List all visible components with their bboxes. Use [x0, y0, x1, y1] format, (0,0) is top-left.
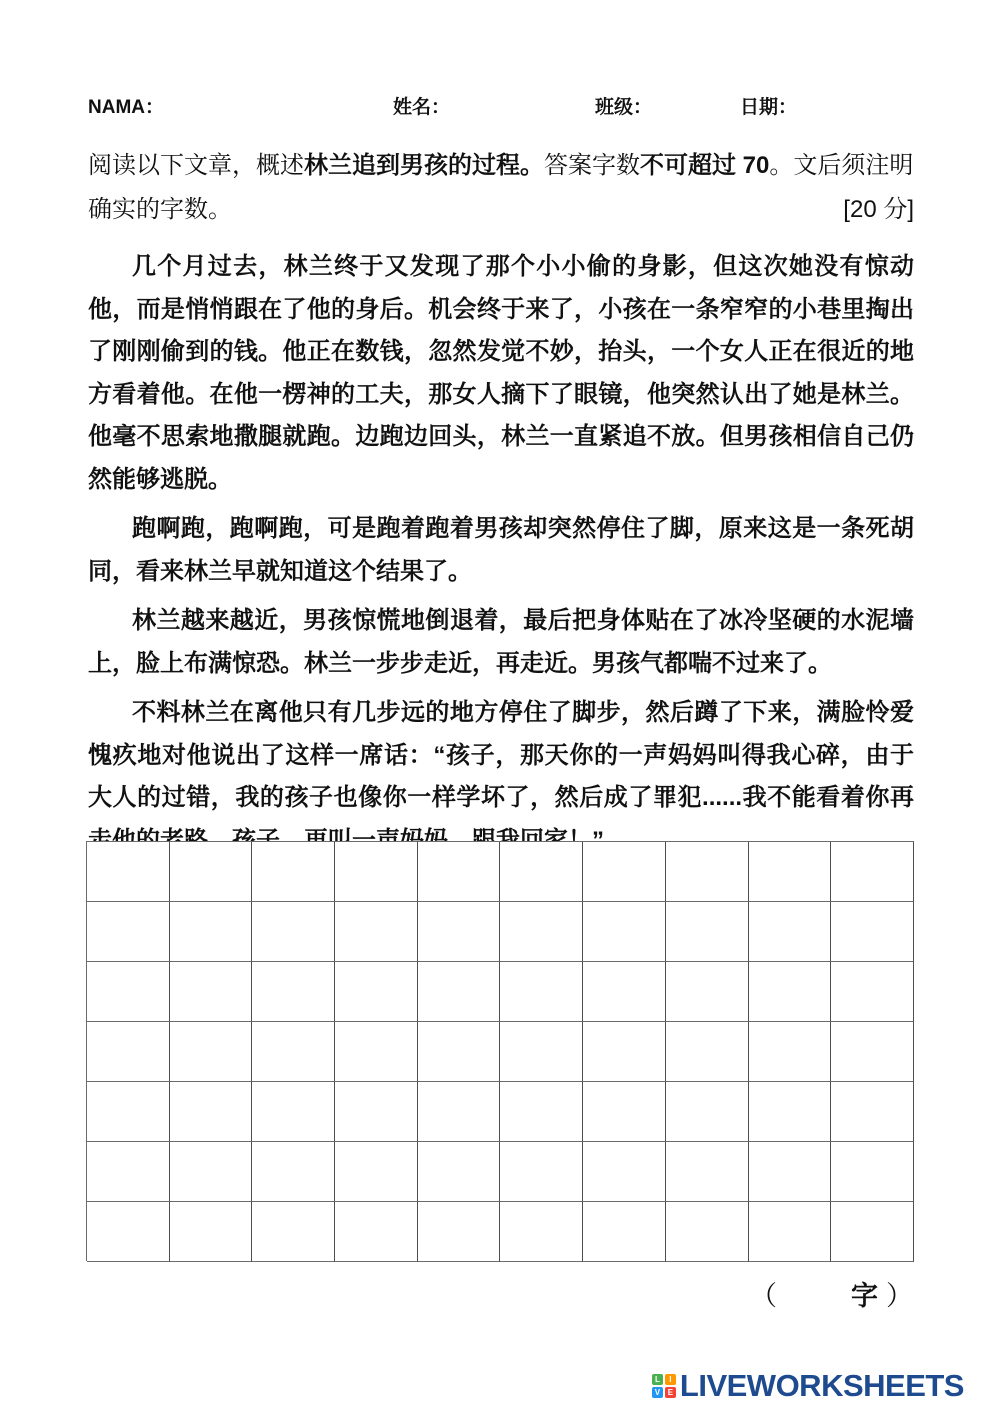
- grid-cell[interactable]: [749, 842, 832, 902]
- grid-cell[interactable]: [583, 1022, 666, 1082]
- grid-cell[interactable]: [831, 1142, 914, 1202]
- grid-cell[interactable]: [170, 962, 253, 1022]
- grid-cell[interactable]: [666, 962, 749, 1022]
- answer-grid: [86, 841, 914, 1261]
- passage-paragraph-1: 几个月过去，林兰终于又发现了那个小小偷的身影，但这次她没有惊动他，而是悄悄跟在了…: [88, 246, 914, 501]
- grid-cell[interactable]: [500, 1202, 583, 1262]
- instruction-text: 确实的字数。: [88, 188, 232, 232]
- liveworksheets-wordmark: LIVEWORKSHEETS: [680, 1368, 964, 1404]
- instruction-text: 。文后须注明: [769, 152, 913, 179]
- grid-cell[interactable]: [418, 902, 501, 962]
- grid-cell[interactable]: [500, 842, 583, 902]
- grid-cell[interactable]: [170, 1022, 253, 1082]
- close-paren: ）: [886, 1281, 913, 1311]
- grid-cell[interactable]: [500, 902, 583, 962]
- open-paren: （: [750, 1281, 777, 1311]
- grid-cell[interactable]: [252, 1142, 335, 1202]
- grid-cell[interactable]: [170, 1202, 253, 1262]
- grid-cell[interactable]: [583, 962, 666, 1022]
- grid-cell[interactable]: [831, 962, 914, 1022]
- grid-cell[interactable]: [749, 1142, 832, 1202]
- grid-cell[interactable]: [666, 1202, 749, 1262]
- grid-cell[interactable]: [87, 1142, 170, 1202]
- grid-cell[interactable]: [831, 902, 914, 962]
- grid-cell[interactable]: [666, 1142, 749, 1202]
- grid-cell[interactable]: [87, 962, 170, 1022]
- grid-cell[interactable]: [87, 1202, 170, 1262]
- grid-cell[interactable]: [500, 1142, 583, 1202]
- grid-cell[interactable]: [749, 1202, 832, 1262]
- instruction-bold-topic: 林兰追到男孩的过程。: [304, 152, 544, 179]
- grid-cell[interactable]: [418, 1202, 501, 1262]
- grid-cell[interactable]: [666, 1022, 749, 1082]
- grid-cell[interactable]: [170, 1142, 253, 1202]
- worksheet-page: NAMA： 姓名： 班级： 日期： 阅读以下文章，概述林兰追到男孩的过程。答案字…: [0, 0, 1000, 1413]
- grid-cell[interactable]: [500, 1022, 583, 1082]
- grid-cell[interactable]: [87, 842, 170, 902]
- logo-tile-e: E: [665, 1387, 676, 1398]
- logo-tile-v: V: [652, 1387, 663, 1398]
- liveworksheets-logo: L I V E LIVEWORKSHEETS: [652, 1368, 964, 1404]
- grid-cell[interactable]: [87, 902, 170, 962]
- grid-cell[interactable]: [749, 1022, 832, 1082]
- marks-label: [20 分]: [843, 188, 914, 232]
- grid-cell[interactable]: [335, 962, 418, 1022]
- grid-cell[interactable]: [583, 1202, 666, 1262]
- grid-cell[interactable]: [252, 962, 335, 1022]
- grid-cell[interactable]: [749, 1082, 832, 1142]
- reading-passage: 几个月过去，林兰终于又发现了那个小小偷的身影，但这次她没有惊动他，而是悄悄跟在了…: [88, 246, 914, 862]
- grid-cell[interactable]: [500, 1082, 583, 1142]
- grid-cell[interactable]: [583, 842, 666, 902]
- grid-cell[interactable]: [87, 1082, 170, 1142]
- logo-tile-l: L: [652, 1374, 663, 1385]
- passage-paragraph-2: 跑啊跑，跑啊跑，可是跑着跑着男孩却突然停住了脚，原来这是一条死胡同，看来林兰早就…: [88, 508, 914, 593]
- grid-cell[interactable]: [335, 1202, 418, 1262]
- grid-cell[interactable]: [335, 1142, 418, 1202]
- grid-cell[interactable]: [749, 902, 832, 962]
- task-instructions: 阅读以下文章，概述林兰追到男孩的过程。答案字数不可超过 70。文后须注明 确实的…: [88, 144, 914, 232]
- grid-cell[interactable]: [666, 1082, 749, 1142]
- name-label: 姓名：: [393, 92, 450, 119]
- grid-cell[interactable]: [252, 842, 335, 902]
- grid-cell[interactable]: [831, 1202, 914, 1262]
- grid-cell[interactable]: [749, 962, 832, 1022]
- instruction-bold-limit: 不可超过 70: [640, 152, 769, 179]
- grid-cell[interactable]: [252, 1022, 335, 1082]
- instructions-line-1: 阅读以下文章，概述林兰追到男孩的过程。答案字数不可超过 70。文后须注明: [88, 144, 914, 188]
- passage-paragraph-4: 不料林兰在离他只有几步远的地方停住了脚步，然后蹲了下来，满脸怜爱愧疚地对他说出了…: [88, 692, 914, 862]
- grid-cell[interactable]: [831, 842, 914, 902]
- grid-cell[interactable]: [418, 1082, 501, 1142]
- class-label: 班级：: [595, 92, 652, 119]
- grid-cell[interactable]: [583, 902, 666, 962]
- student-info-header: NAMA： 姓名： 班级： 日期：: [88, 92, 940, 118]
- grid-cell[interactable]: [418, 1022, 501, 1082]
- grid-cell[interactable]: [252, 902, 335, 962]
- logo-tile-i: I: [665, 1374, 676, 1385]
- grid-cell[interactable]: [418, 842, 501, 902]
- instruction-text: 答案字数: [544, 152, 640, 179]
- grid-cell[interactable]: [831, 1022, 914, 1082]
- date-label: 日期：: [740, 92, 797, 119]
- passage-paragraph-3: 林兰越来越近，男孩惊慌地倒退着，最后把身体贴在了冰冷坚硬的水泥墙上，脸上布满惊恐…: [88, 600, 914, 685]
- nama-label: NAMA：: [88, 92, 164, 119]
- grid-cell[interactable]: [583, 1082, 666, 1142]
- grid-cell[interactable]: [500, 962, 583, 1022]
- grid-cell[interactable]: [418, 1142, 501, 1202]
- grid-cell[interactable]: [666, 842, 749, 902]
- grid-cell[interactable]: [87, 1022, 170, 1082]
- instructions-line-2: 确实的字数。[20 分]: [88, 188, 914, 232]
- grid-cell[interactable]: [170, 842, 253, 902]
- grid-cell[interactable]: [335, 902, 418, 962]
- grid-cell[interactable]: [252, 1202, 335, 1262]
- liveworksheets-tiles-icon: L I V E: [652, 1374, 676, 1398]
- grid-cell[interactable]: [831, 1082, 914, 1142]
- instruction-text: 阅读以下文章，概述: [88, 152, 304, 179]
- grid-cell[interactable]: [170, 902, 253, 962]
- grid-cell[interactable]: [583, 1142, 666, 1202]
- word-count-line: （字）: [750, 1274, 913, 1313]
- grid-cell[interactable]: [666, 902, 749, 962]
- grid-cell[interactable]: [335, 1082, 418, 1142]
- char-count-label: 字: [851, 1281, 878, 1311]
- grid-cell[interactable]: [335, 1022, 418, 1082]
- grid-cell[interactable]: [418, 962, 501, 1022]
- grid-cell[interactable]: [335, 842, 418, 902]
- grid-cell[interactable]: [252, 1082, 335, 1142]
- grid-cell[interactable]: [170, 1082, 253, 1142]
